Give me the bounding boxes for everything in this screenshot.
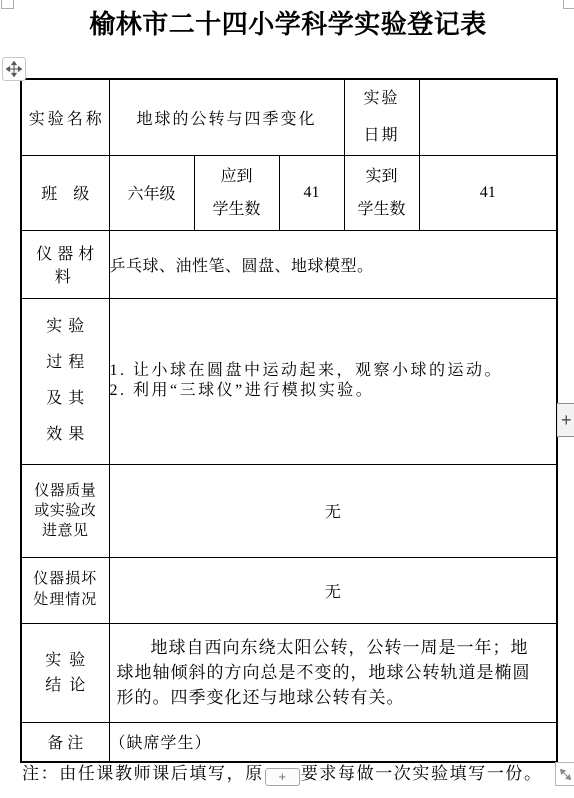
remark-cell[interactable]: （缺席学生） (109, 722, 557, 762)
experiment-registration-table: 实验名称 地球的公转与四季变化 实验 日期 班 级 六年级 应到 学生数 41 … (20, 78, 558, 763)
footnote-text-before: 注：由任课教师课后填写，原 (22, 764, 264, 783)
row-conclusion: 实验 结论 地球自西向东绕太阳公转，公转一周是一年；地 球地轴倾斜的方向总是不变… (21, 623, 557, 722)
document-page: 榆林市二十四小学科学实验登记表 实验名称 地球的公转与四季变化 (0, 0, 574, 798)
cropped-toolbar-fragment-left (1, 0, 14, 9)
experiment-date-label: 实验 日期 (344, 79, 419, 155)
materials-label: 仪器材料 (21, 230, 109, 298)
row-quality: 仪器质量 或实验改 进意见 无 (21, 464, 557, 557)
conclusion-line: 球地轴倾斜的方向总是不变的，地球公转轨道是椭圆 (110, 660, 557, 685)
experiment-date-cell[interactable] (419, 79, 557, 155)
table-move-handle[interactable] (2, 57, 26, 81)
table-resize-handle[interactable] (555, 762, 574, 786)
insert-content-plus-button[interactable]: + (265, 768, 300, 786)
grade-cell[interactable]: 六年级 (109, 155, 194, 230)
conclusion-label: 实验 结论 (21, 623, 109, 722)
process-label: 实验 过程 及其 效果 (21, 298, 109, 464)
row-experiment-name: 实验名称 地球的公转与四季变化 实验 日期 (21, 79, 557, 155)
add-row-plus-button[interactable]: + (557, 403, 574, 437)
experiment-name-label: 实验名称 (21, 79, 109, 155)
footnote-text-after: 要求每做一次实验填写一份。 (301, 764, 543, 783)
diagonal-resize-icon (559, 768, 572, 781)
quality-cell[interactable]: 无 (109, 464, 557, 557)
actual-students-label: 实到 学生数 (344, 155, 419, 230)
damage-cell[interactable]: 无 (109, 557, 557, 623)
conclusion-cell[interactable]: 地球自西向东绕太阳公转，公转一周是一年；地 球地轴倾斜的方向总是不变的，地球公转… (109, 623, 557, 722)
process-step-2: 2. 利用“三球仪”进行模拟实验。 (110, 381, 557, 401)
row-remark: 备注 （缺席学生） (21, 722, 557, 762)
plus-icon: + (561, 410, 572, 431)
footnote: 注：由任课教师课后填写，原+要求每做一次实验填写一份。 (22, 763, 562, 786)
conclusion-line: 形的。四季变化还与地球公转有关。 (110, 685, 557, 710)
conclusion-line: 地球自西向东绕太阳公转，公转一周是一年；地 (110, 635, 557, 660)
process-step-1: 1. 让小球在圆盘中运动起来，观察小球的运动。 (110, 361, 557, 381)
expected-students-label: 应到 学生数 (194, 155, 279, 230)
class-label: 班 级 (21, 155, 109, 230)
process-cell[interactable]: 1. 让小球在圆盘中运动起来，观察小球的运动。 2. 利用“三球仪”进行模拟实验… (109, 298, 557, 464)
damage-label: 仪器损坏 处理情况 (21, 557, 109, 623)
row-class: 班 级 六年级 应到 学生数 41 实到 学生数 41 (21, 155, 557, 230)
remark-label: 备注 (21, 722, 109, 762)
cropped-toolbar-fragment-right (563, 0, 574, 9)
quality-label: 仪器质量 或实验改 进意见 (21, 464, 109, 557)
actual-students-cell[interactable]: 41 (419, 155, 557, 230)
materials-cell[interactable]: 乒乓球、油性笔、圆盘、地球模型。 (109, 230, 557, 298)
row-damage: 仪器损坏 处理情况 无 (21, 557, 557, 623)
page-title: 榆林市二十四小学科学实验登记表 (20, 8, 556, 40)
experiment-name-cell[interactable]: 地球的公转与四季变化 (109, 79, 344, 155)
row-process: 实验 过程 及其 效果 1. 让小球在圆盘中运动起来，观察小球的运动。 2. 利… (21, 298, 557, 464)
four-way-arrow-icon (6, 61, 22, 77)
row-materials: 仪器材料 乒乓球、油性笔、圆盘、地球模型。 (21, 230, 557, 298)
expected-students-cell[interactable]: 41 (279, 155, 344, 230)
plus-icon: + (279, 769, 287, 784)
